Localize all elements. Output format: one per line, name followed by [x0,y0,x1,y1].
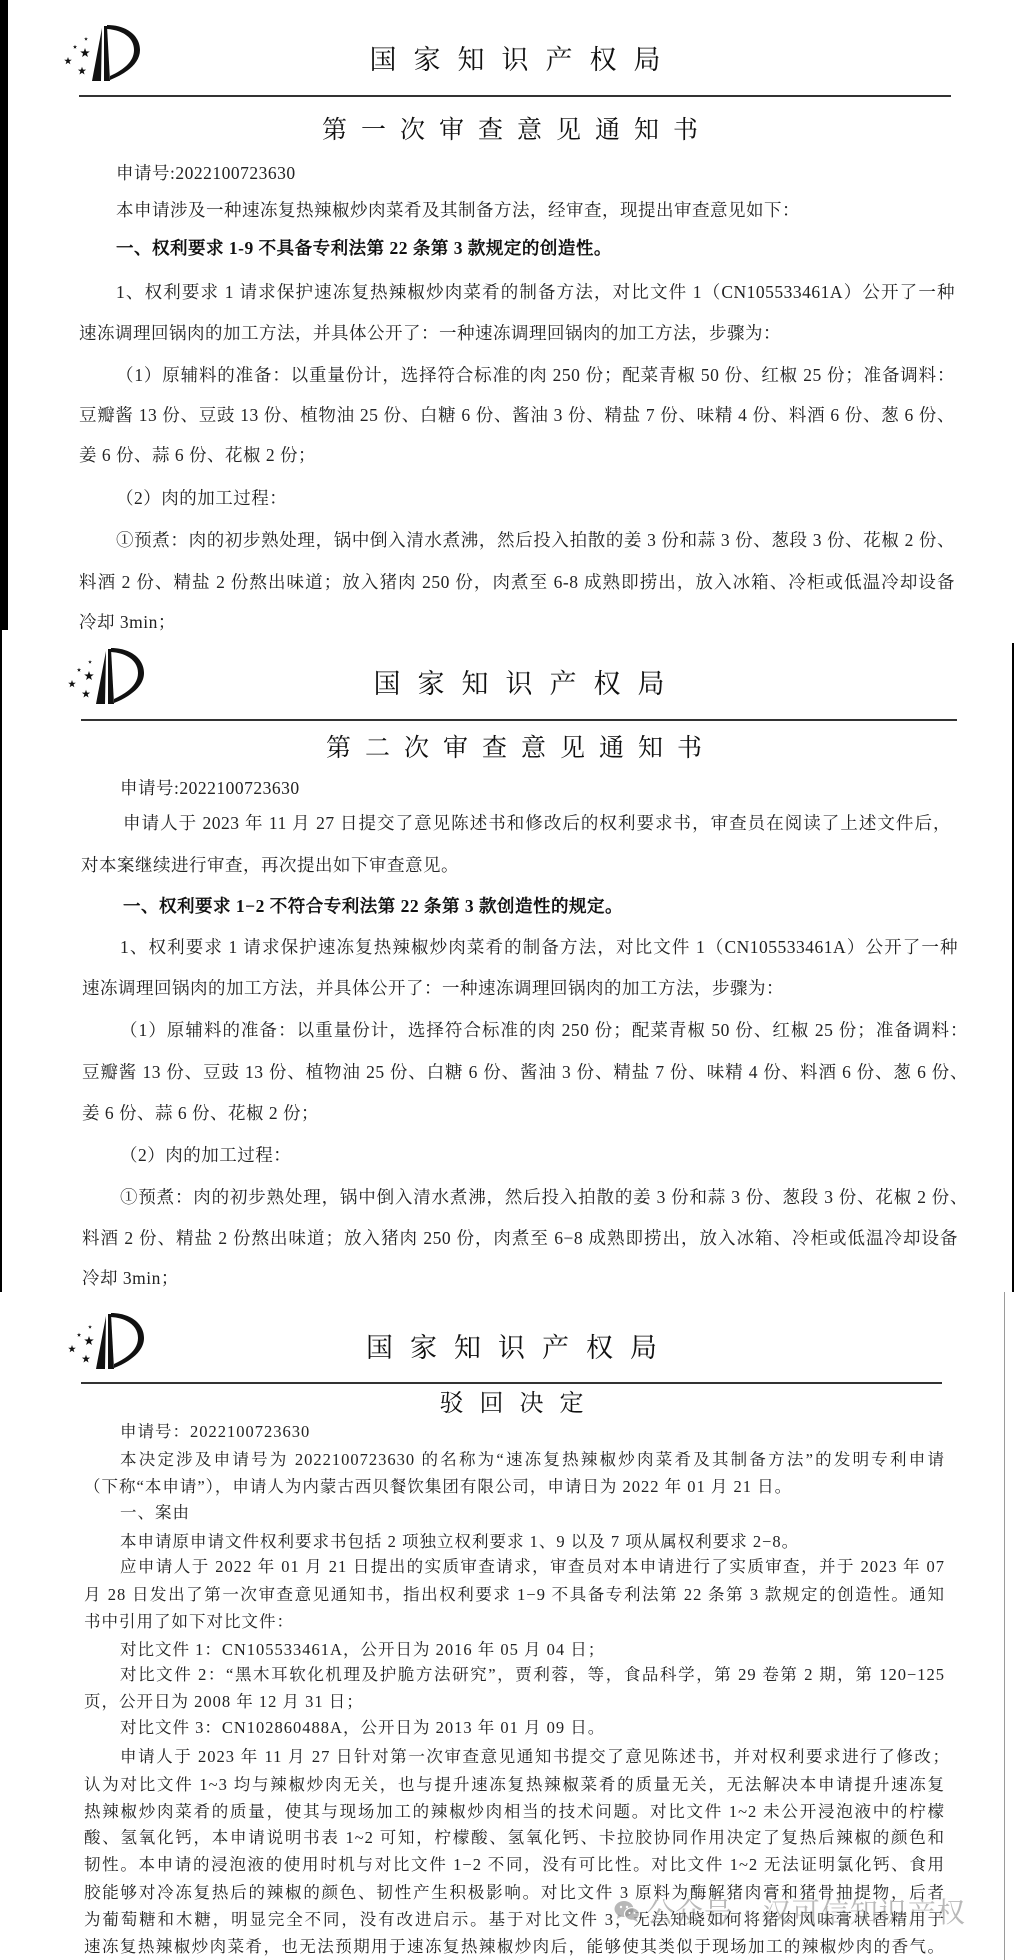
paragraph-line: 书中引用了如下对比文件： [84,1611,294,1633]
paragraph-line: 对本案继续进行审查，再次提出如下审查意见。 [81,853,459,877]
paragraph-line: 姜 6 份、蒜 6 份、花椒 2 份； [82,1101,319,1125]
paragraph-line: 申请人于 2023 年 11 月 27 日提交了意见陈述书和修改后的权利要求书，… [123,811,951,835]
watermark-text: 公众号 · 汉可信知识产权 [646,1891,966,1931]
paragraph-line: 料酒 2 份、精盐 2 份熬出味道；放入猪肉 250 份，肉煮至 6-8 成熟即… [79,570,955,594]
paragraph-line: （1）原辅料的准备：以重量份计，选择符合标准的肉 250 份；配菜青椒 50 份… [120,1018,968,1042]
scan-edge-left-doc2 [0,630,2,1292]
paragraph-line: 应申请人于 2022 年 01 月 21 日提出的实质审查请求，审查员对本申请进… [120,1556,945,1578]
paragraph-line: （1）原辅料的准备：以重量份计，选择符合标准的肉 250 份；配菜青椒 50 份… [116,363,955,387]
header-rule [81,1382,942,1384]
paragraph-line: 认为对比文件 1~3 均与辣椒炒肉无关，也与提升速冻复热辣椒菜肴的质量无关，无法… [84,1774,945,1796]
paragraph-line: 热辣椒炒肉菜肴的质量，使其与现场加工的辣椒炒肉相当的技术问题。对比文件 1~2 … [84,1801,945,1823]
paragraph-line: 本申请涉及一种速冻复热辣椒炒肉菜肴及其制备方法，经审查，现提出审查意见如下： [116,198,800,222]
paragraph-line: 页，公开日为 2008 年 12 月 31 日； [84,1691,364,1713]
paragraph-line: 豆瓣酱 13 份、豆豉 13 份、植物油 25 份、白糖 6 份、酱油 3 份、… [79,403,955,427]
application-number: 申请号:2022100723630 [116,161,296,185]
paragraph-line: （2）肉的加工过程： [120,1143,291,1167]
paragraph-line: 姜 6 份、蒜 6 份、花椒 2 份； [79,443,316,467]
paragraph-line: ①预煮：肉的初步熟处理，锅中倒入清水煮沸，然后投入拍散的姜 3 份和蒜 3 份、… [120,1185,968,1209]
paragraph-line: 本申请原申请文件权利要求书包括 2 项独立权利要求 1、9 以及 7 项从属权利… [120,1531,799,1553]
paragraph-line: 韧性。本申请的浸泡液的使用时机与对比文件 1−2 不同，没有可比性。对比文件 1… [84,1854,945,1876]
reference-document-1: 对比文件 1：CN105533461A，公开日为 2016 年 05 月 04 … [120,1639,605,1661]
paragraph-line: 申请人于 2023 年 11 月 27 日针对第一次审查意见通知书提交了意见陈述… [120,1746,950,1768]
paragraph-line: 冷却 3min； [79,610,176,634]
paragraph-line: 1、权利要求 1 请求保护速冻复热辣椒炒肉菜肴的制备方法，对比文件 1（CN10… [120,935,958,959]
application-number: 申请号:2022100723630 [120,776,300,800]
section-heading: 一、案由 [120,1502,190,1524]
paragraph-line: 本决定涉及申请号为 2022100723630 的名称为“速冻复热辣椒炒肉菜肴及… [120,1449,945,1471]
paragraph-line: 豆瓣酱 13 份、豆豉 13 份、植物油 25 份、白糖 6 份、酱油 3 份、… [82,1060,968,1084]
section-heading: 一、权利要求 1-9 不具备专利法第 22 条第 3 款规定的创造性。 [116,236,612,260]
paragraph-line: （2）肉的加工过程： [116,486,287,510]
paragraph-line: 1、权利要求 1 请求保护速冻复热辣椒炒肉菜肴的制备方法，对比文件 1（CN10… [116,280,955,304]
paragraph-line: 冷却 3min； [82,1266,179,1290]
paragraph-line: 速冻调理回锅肉的加工方法，并具体公开了：一种速冻调理回锅肉的加工方法，步骤为： [82,976,784,1000]
paragraph-line: 速冻调理回锅肉的加工方法，并具体公开了：一种速冻调理回锅肉的加工方法，步骤为： [79,321,781,345]
agency-title: 国家知识产权局 [79,46,951,76]
paragraph-line: 月 28 日发出了第一次审查意见通知书，指出权利要求 1−9 不具备专利法第 2… [84,1584,945,1606]
document-title: 第一次审查意见通知书 [79,116,941,144]
paragraph-line: 速冻复热辣椒炒肉菜肴，也无法预期用于速冻复热辣椒炒肉后，能够使其类似于现场加工的… [84,1936,945,1958]
document-title: 驳回决定 [81,1389,942,1417]
paragraph-line: 酸、氢氧化钙，本申请说明书表 1~2 可知，柠檬酸、氢氧化钙、卡拉胶协同作用决定… [84,1827,945,1849]
reference-document-2: 对比文件 2：“黑木耳软化机理及护脆方法研究”，贾利蓉，等，食品科学，第 29 … [120,1664,945,1686]
application-number: 申请号：2022100723630 [120,1421,310,1443]
header-rule [81,719,957,721]
reference-document-3: 对比文件 3：CN102860488A，公开日为 2013 年 01 月 09 … [120,1717,605,1739]
paragraph-line: （下称“本申请”），申请人为内蒙古西贝餐饮集团有限公司，申请日为 2022 年 … [84,1476,792,1498]
watermark: 公众号 · 汉可信知识产权 [614,1893,966,1929]
scan-edge-left-doc1 [0,0,8,630]
wechat-icon [614,1899,640,1923]
header-rule [79,95,951,97]
scan-edge-right-doc2 [1012,643,1014,1292]
paragraph-line: ①预煮：肉的初步熟处理，锅中倒入清水煮沸，然后投入拍散的姜 3 份和蒜 3 份、… [116,528,955,552]
scan-edge-right-doc3 [1004,1292,1005,1960]
section-heading: 一、权利要求 1−2 不符合专利法第 22 条第 3 款创造性的规定。 [123,894,623,918]
agency-title: 国家知识产权局 [81,670,957,700]
paragraph-line: 料酒 2 份、精盐 2 份熬出味道；放入猪肉 250 份，肉煮至 6−8 成熟即… [82,1226,958,1250]
document-title: 第二次审查意见通知书 [81,734,947,762]
agency-title: 国家知识产权局 [81,1334,942,1364]
